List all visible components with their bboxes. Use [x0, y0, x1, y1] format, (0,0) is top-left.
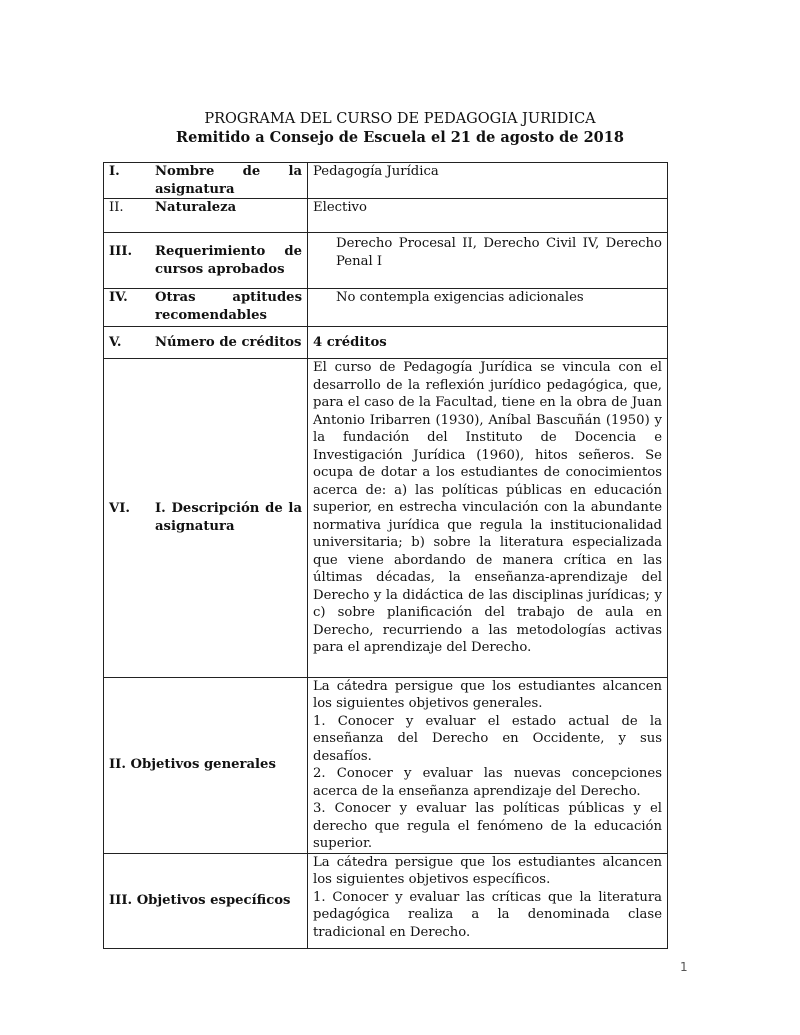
objectives-intro: La cátedra persigue que los estudiantes …	[313, 854, 662, 889]
row-label-cell: VI. I. Descripción de laasignatura	[104, 359, 308, 678]
row-number: I.	[109, 163, 155, 198]
row-label: II. Objetivos generales	[109, 757, 276, 772]
row-number: II.	[109, 199, 155, 217]
row-number: V.	[109, 334, 155, 352]
course-program-table: I. Nombre de laasignatura Pedagogía Jurí…	[103, 162, 668, 949]
page-number: 1	[680, 960, 688, 974]
row-label-cell: II. Objetivos generales	[104, 677, 308, 853]
row-label: Nombre de laasignatura	[155, 163, 302, 198]
row-value: El curso de Pedagogía Jurídica se vincul…	[308, 359, 668, 678]
row-label-cell: V. Número de créditos	[104, 327, 308, 359]
row-value: Pedagogía Jurídica	[308, 163, 668, 199]
course-description: El curso de Pedagogía Jurídica se vincul…	[313, 359, 662, 657]
table-row: IV. Otras aptitudesrecomendables No cont…	[104, 289, 668, 327]
table-row: I. Nombre de laasignatura Pedagogía Jurí…	[104, 163, 668, 199]
row-label: III. Objetivos específicos	[109, 893, 290, 908]
document-subtitle: Remitido a Consejo de Escuela el 21 de a…	[0, 129, 800, 146]
row-number: VI.	[109, 500, 155, 535]
row-value: No contempla exigencias adicionales	[308, 289, 668, 327]
row-number: III.	[109, 243, 155, 278]
objective-item: 2. Conocer y evaluar las nuevas concepci…	[313, 765, 662, 800]
table-row: VI. I. Descripción de laasignatura El cu…	[104, 359, 668, 678]
table-row: III. Requerimiento decursos aprobados De…	[104, 233, 668, 289]
objective-item: 1. Conocer y evaluar el estado actual de…	[313, 713, 662, 766]
document-title: PROGRAMA DEL CURSO DE PEDAGOGIA JURIDICA	[0, 111, 800, 127]
row-label: Número de créditos	[155, 334, 302, 352]
row-label-cell: II. Naturaleza	[104, 199, 308, 233]
row-label: Requerimiento decursos aprobados	[155, 243, 302, 278]
objective-item: 1. Conocer y evaluar las críticas que la…	[313, 889, 662, 942]
row-label-cell: III. Objetivos específicos	[104, 853, 308, 948]
objectives-intro: La cátedra persigue que los estudiantes …	[313, 678, 662, 713]
row-label-cell: IV. Otras aptitudesrecomendables	[104, 289, 308, 327]
table-row: III. Objetivos específicos La cátedra pe…	[104, 853, 668, 948]
row-label: Naturaleza	[155, 199, 302, 217]
table-row: II. Naturaleza Electivo	[104, 199, 668, 233]
row-value: Electivo	[308, 199, 668, 233]
row-value: La cátedra persigue que los estudiantes …	[308, 853, 668, 948]
row-label-cell: III. Requerimiento decursos aprobados	[104, 233, 308, 289]
row-label: Otras aptitudesrecomendables	[155, 289, 302, 324]
row-label-cell: I. Nombre de laasignatura	[104, 163, 308, 199]
row-number: IV.	[109, 289, 155, 324]
row-value: 4 créditos	[308, 327, 668, 359]
table-row: II. Objetivos generales La cátedra persi…	[104, 677, 668, 853]
table-row: V. Número de créditos 4 créditos	[104, 327, 668, 359]
row-value: Derecho Procesal II, Derecho Civil IV, D…	[308, 233, 668, 289]
objective-item: 3. Conocer y evaluar las políticas públi…	[313, 800, 662, 853]
row-label: I. Descripción de laasignatura	[155, 500, 302, 535]
row-value: La cátedra persigue que los estudiantes …	[308, 677, 668, 853]
